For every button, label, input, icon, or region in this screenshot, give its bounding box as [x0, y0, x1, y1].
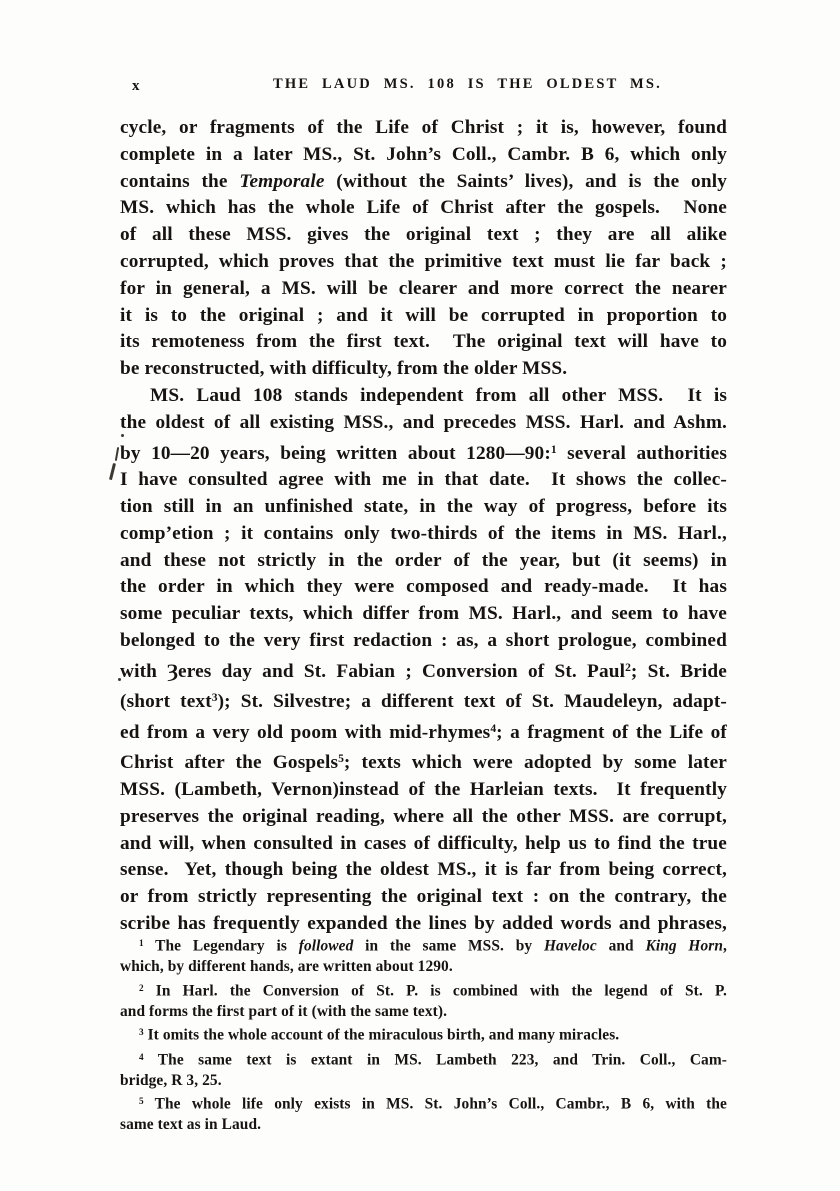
text-segment: complete in a later MS., St. John’s Coll… — [120, 144, 727, 165]
text-line: contains the Temporale (without the Sain… — [120, 169, 727, 196]
text-line: and forms the first part of it (with the… — [120, 1002, 727, 1023]
text-line: 3 It omits the whole account of the mira… — [120, 1022, 727, 1046]
body-text: cycle, or fragments of the Life of Chris… — [120, 115, 727, 938]
text-segment: by 10—20 years, being written about 1280… — [120, 442, 551, 463]
text-segment: its remoteness from the first text. The … — [120, 331, 727, 352]
text-segment: the order in which they were composed an… — [120, 576, 727, 597]
text-segment: Haveloc — [544, 938, 597, 955]
text-line: and these not strictly in the order of t… — [120, 548, 727, 575]
text-line: 2 In Harl. the Conversion of St. P. is c… — [120, 978, 727, 1002]
text-line: 5 The whole life only exists in MS. St. … — [120, 1091, 727, 1115]
text-segment: In Harl. the Conversion of St. P. is com… — [144, 982, 727, 999]
text-line: belonged to the very first redaction : a… — [120, 628, 727, 655]
text-segment: sense. Yet, though being the oldest MS.,… — [120, 859, 727, 880]
text-line: same text as in Laud. — [120, 1115, 727, 1136]
text-segment: and — [597, 938, 646, 955]
text-segment: and these not strictly in the order of t… — [120, 550, 727, 571]
text-segment: ; a fragment of the Life of — [496, 722, 727, 743]
text-segment: corrupted, which proves that the primiti… — [120, 251, 727, 272]
footnotes: 1 The Legendary is followed in the same … — [120, 933, 727, 1136]
text-line: of all these MSS. gives the original tex… — [120, 222, 727, 249]
running-title: THE LAUD MS. 108 IS THE OLDEST MS. — [208, 76, 727, 93]
margin-mark-dot — [118, 678, 121, 681]
text-segment: in the same MSS. by — [353, 938, 544, 955]
text-segment: MSS. (Lambeth, Vernon)instead of the Har… — [120, 779, 727, 800]
text-segment: MS. Laud 108 stands independent from all… — [150, 385, 727, 406]
text-segment: same text as in Laud. — [120, 1116, 261, 1133]
text-segment: Temporale — [239, 171, 324, 192]
text-line: the order in which they were composed an… — [120, 574, 727, 601]
text-segment: and will, when consulted in cases of dif… — [120, 833, 727, 854]
text-segment: I have consulted agree with me in that d… — [120, 469, 727, 490]
text-segment: and forms the first part of it (with the… — [120, 1003, 447, 1020]
text-line: and will, when consulted in cases of dif… — [120, 831, 727, 858]
text-segment: comp’etion ; it contains only two-thirds… — [120, 523, 727, 544]
text-segment: several authorities — [557, 442, 727, 463]
text-line: Christ after the Gospels5; texts which w… — [120, 746, 727, 777]
text-segment: The whole life only exists in MS. St. Jo… — [144, 1096, 727, 1113]
text-segment: with Ȝeres day and St. Fabian ; Conversi… — [120, 661, 625, 682]
text-segment: ; St. Bride — [631, 661, 727, 682]
text-segment: preserves the original reading, where al… — [120, 806, 727, 827]
text-line: which, by different hands, are written a… — [120, 957, 727, 978]
text-line: for in general, a MS. will be clearer an… — [120, 276, 727, 303]
text-segment: King Horn — [645, 938, 723, 955]
text-line: MSS. (Lambeth, Vernon)instead of the Har… — [120, 777, 727, 804]
book-page: x THE LAUD MS. 108 IS THE OLDEST MS. cyc… — [0, 0, 840, 1191]
text-line: it is to the original ; and it will be c… — [120, 303, 727, 330]
text-segment: the oldest of all existing MSS., and pre… — [120, 412, 727, 433]
text-segment: The same text is extant in MS. Lambeth 2… — [144, 1051, 727, 1068]
text-segment: tion still in an unfinished state, in th… — [120, 496, 727, 517]
text-segment: ; texts which were adopted by some later — [344, 752, 727, 773]
text-segment: for in general, a MS. will be clearer an… — [120, 278, 727, 299]
text-segment: some peculiar texts, which differ from M… — [120, 603, 727, 624]
margin-mark-dot — [121, 434, 124, 437]
text-segment: of all these MSS. gives the original tex… — [120, 224, 727, 245]
text-segment: The Legendary is — [144, 938, 299, 955]
text-line: some peculiar texts, which differ from M… — [120, 601, 727, 628]
text-segment: followed — [299, 938, 354, 955]
text-segment: be reconstructed, with difficulty, from … — [120, 358, 567, 379]
text-line: comp’etion ; it contains only two-thirds… — [120, 521, 727, 548]
text-segment: It omits the whole account of the miracu… — [144, 1027, 620, 1044]
text-segment: bridge, R 3, 25. — [120, 1072, 222, 1089]
text-line: sense. Yet, though being the oldest MS.,… — [120, 857, 727, 884]
text-line: with Ȝeres day and St. Fabian ; Conversi… — [120, 655, 727, 686]
text-line: I have consulted agree with me in that d… — [120, 467, 727, 494]
text-segment: scribe has frequently expanded the lines… — [120, 913, 727, 934]
text-segment: belonged to the very first redaction : a… — [120, 630, 727, 651]
text-line: (short text3); St. Silvestre; a differen… — [120, 685, 727, 716]
text-line: cycle, or fragments of the Life of Chris… — [120, 115, 727, 142]
text-line: corrupted, which proves that the primiti… — [120, 249, 727, 276]
text-segment: Christ after the Gospels — [120, 752, 338, 773]
margin-mark-stroke — [109, 463, 116, 480]
text-line: by 10—20 years, being written about 1280… — [120, 437, 727, 468]
page-header: x THE LAUD MS. 108 IS THE OLDEST MS. — [120, 76, 727, 100]
text-segment: (short text — [120, 691, 212, 712]
text-line: ed from a very old poom with mid-rhymes4… — [120, 716, 727, 747]
text-line: tion still in an unfinished state, in th… — [120, 494, 727, 521]
text-segment: MS. which has the whole Life of Christ a… — [120, 197, 727, 218]
text-line: be reconstructed, with difficulty, from … — [120, 356, 727, 383]
text-line: complete in a later MS., St. John’s Coll… — [120, 142, 727, 169]
text-line: 4 The same text is extant in MS. Lambeth… — [120, 1047, 727, 1071]
text-line: its remoteness from the first text. The … — [120, 329, 727, 356]
text-line: MS. Laud 108 stands independent from all… — [120, 383, 727, 410]
text-segment: contains the — [120, 171, 239, 192]
text-segment: or from strictly representing the origin… — [120, 886, 727, 907]
text-segment: ); St. Silvestre; a different text of St… — [218, 691, 727, 712]
text-line: 1 The Legendary is followed in the same … — [120, 933, 727, 957]
text-line: or from strictly representing the origin… — [120, 884, 727, 911]
text-segment: cycle, or fragments of the Life of Chris… — [120, 117, 727, 138]
page-number: x — [132, 78, 141, 95]
text-segment: it is to the original ; and it will be c… — [120, 305, 727, 326]
text-segment: which, by different hands, are written a… — [120, 958, 453, 975]
margin-mark-stroke — [115, 447, 119, 461]
text-line: bridge, R 3, 25. — [120, 1071, 727, 1092]
text-line: the oldest of all existing MSS., and pre… — [120, 410, 727, 437]
text-segment: ed from a very old poom with mid-rhymes — [120, 722, 490, 743]
text-line: MS. which has the whole Life of Christ a… — [120, 195, 727, 222]
text-segment: , — [723, 938, 727, 955]
text-line: preserves the original reading, where al… — [120, 804, 727, 831]
text-segment: (without the Saints’ lives), and is the … — [325, 171, 727, 192]
